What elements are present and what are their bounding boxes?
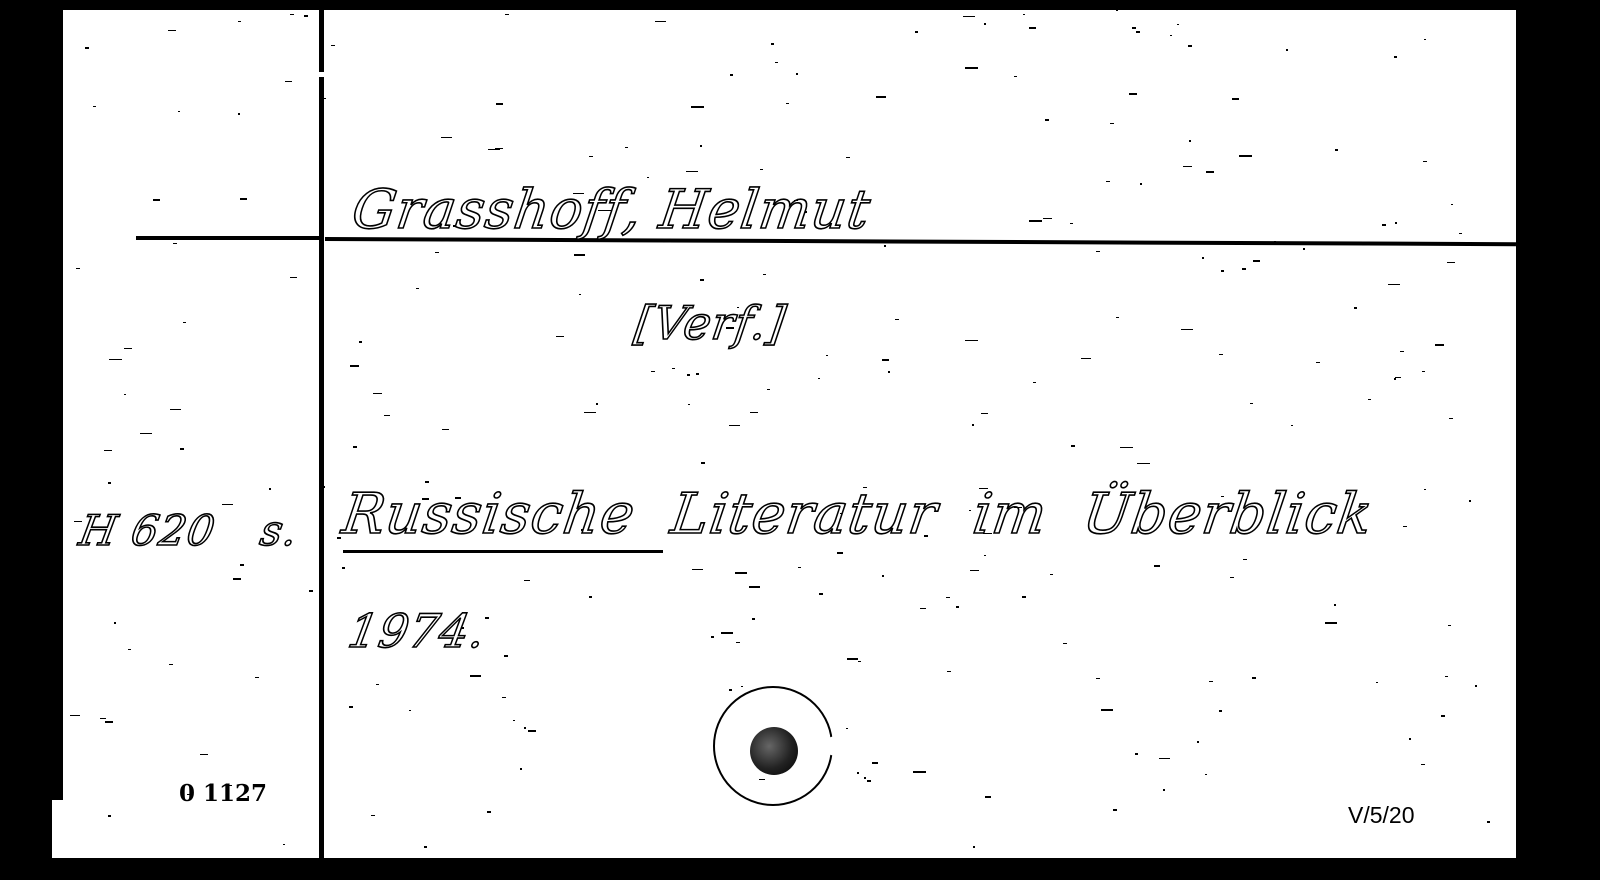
title-underline	[343, 550, 663, 553]
scan-frame: Grasshoff, Helmut [Verf.] H 620 s. Russi…	[0, 0, 1600, 880]
see-reference: s.	[257, 506, 303, 555]
title-reference: Russische Literatur im Überblick	[338, 482, 1377, 547]
vertical-rule	[319, 10, 324, 858]
card-number: 0 1127	[179, 780, 267, 807]
call-number: H 620	[76, 506, 220, 555]
author-heading: Grasshoff, Helmut	[349, 178, 875, 241]
publication-year: 1974.	[344, 604, 490, 658]
horizontal-rule-left	[136, 236, 319, 240]
author-role: [Verf.]	[631, 296, 790, 350]
rule-gap	[319, 72, 324, 77]
punch-hole-icon	[750, 727, 798, 775]
card-code: V/5/20	[1348, 802, 1415, 829]
catalog-card: Grasshoff, Helmut [Verf.] H 620 s. Russi…	[63, 10, 1516, 858]
